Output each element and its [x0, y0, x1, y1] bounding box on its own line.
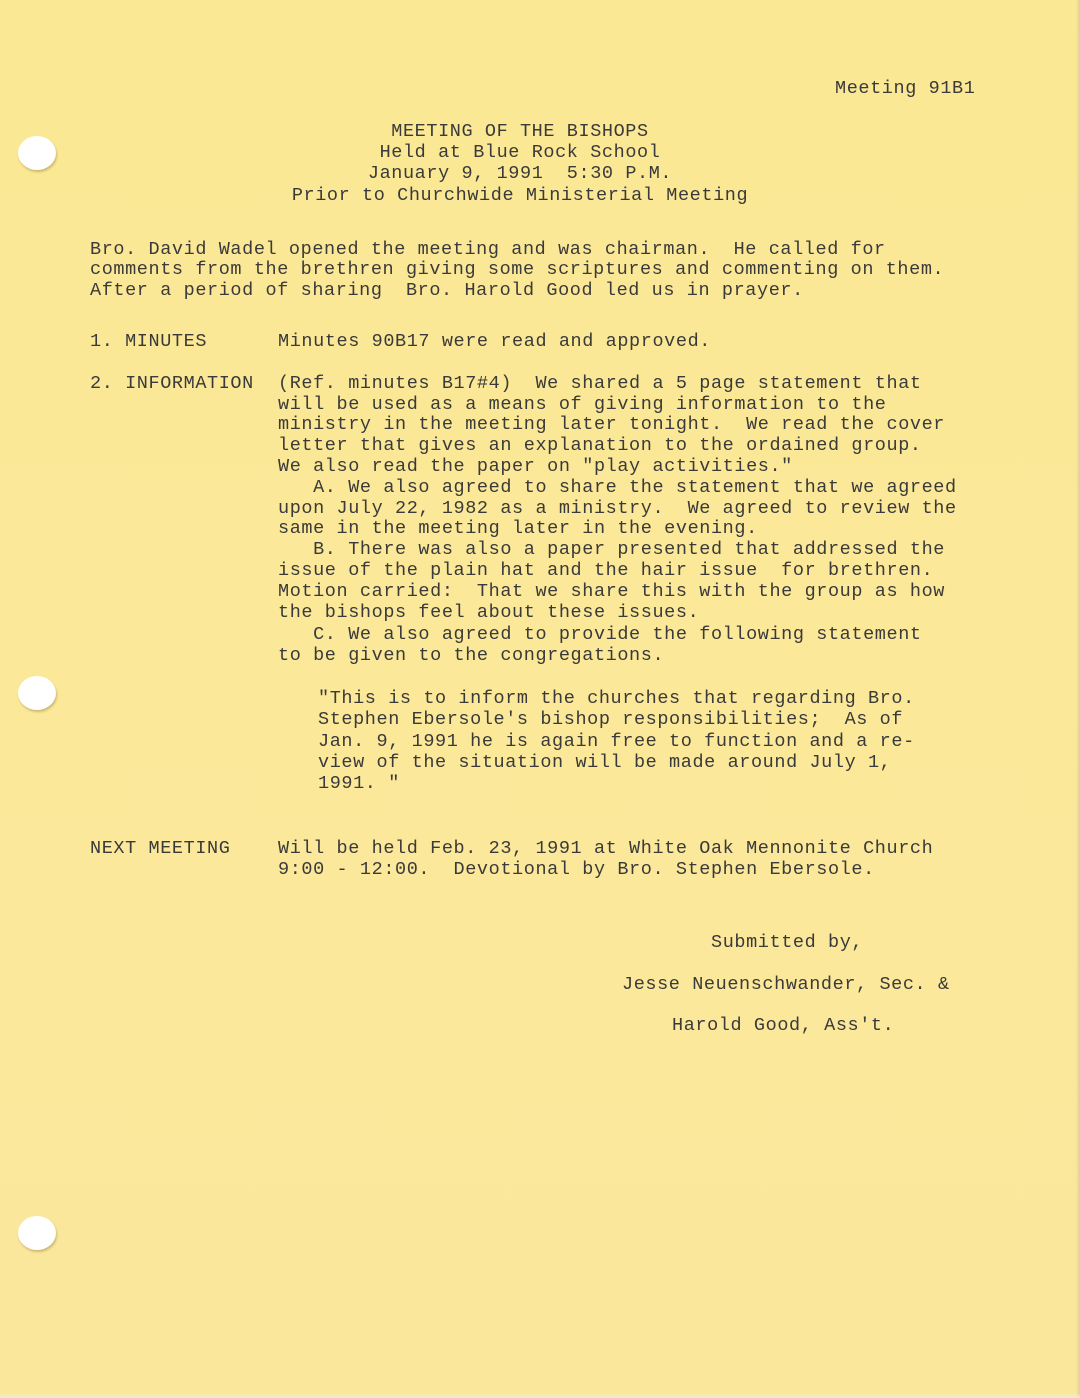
item-line: We also read the paper on "play activiti…	[278, 456, 793, 477]
punch-hole	[18, 676, 56, 710]
opening-line: After a period of sharing Bro. Harold Go…	[90, 280, 804, 301]
quote-line: Jan. 9, 1991 he is again free to functio…	[318, 731, 915, 752]
meeting-id: Meeting 91B1	[835, 78, 975, 99]
secretary-name: Jesse Neuenschwander, Sec. &	[622, 974, 950, 995]
opening-line: Bro. David Wadel opened the meeting and …	[90, 239, 886, 260]
meeting-location: Held at Blue Rock School	[0, 142, 1040, 163]
item-line: same in the meeting later in the evening…	[278, 518, 758, 539]
punch-hole	[18, 1216, 56, 1250]
next-meeting-line: Will be held Feb. 23, 1991 at White Oak …	[278, 838, 933, 859]
meeting-datetime: January 9, 1991 5:30 P.M.	[0, 163, 1040, 184]
item-line: ministry in the meeting later tonight. W…	[278, 414, 945, 435]
item-label: 2. INFORMATION	[90, 373, 254, 394]
submitted-by: Submitted by,	[711, 932, 863, 953]
paper-edge	[1076, 0, 1080, 1398]
quote-line: 1991. "	[318, 773, 400, 794]
quote-line: Stephen Ebersole's bishop responsibiliti…	[318, 709, 903, 730]
item-line: letter that gives an explanation to the …	[278, 435, 922, 456]
item-line: upon July 22, 1982 as a ministry. We agr…	[278, 498, 957, 519]
item-label: 1. MINUTES	[90, 331, 207, 352]
document-page: Meeting 91B1 MEETING OF THE BISHOPS Held…	[0, 0, 1080, 1398]
document-title: MEETING OF THE BISHOPS	[0, 121, 1040, 142]
paper-edge	[0, 1393, 1080, 1398]
next-meeting-label: NEXT MEETING	[90, 838, 230, 859]
item-line: Minutes 90B17 were read and approved.	[278, 331, 711, 352]
item-line: B. There was also a paper presented that…	[278, 539, 945, 560]
item-line: issue of the plain hat and the hair issu…	[278, 560, 933, 581]
meeting-occasion: Prior to Churchwide Ministerial Meeting	[0, 185, 1040, 206]
item-line: will be used as a means of giving inform…	[278, 394, 887, 415]
item-line: A. We also agreed to share the statement…	[278, 477, 957, 498]
item-line: Motion carried: That we share this with …	[278, 581, 945, 602]
quote-line: "This is to inform the churches that reg…	[318, 688, 915, 709]
item-line: C. We also agreed to provide the followi…	[278, 624, 922, 645]
assistant-name: Harold Good, Ass't.	[672, 1015, 894, 1036]
next-meeting-line: 9:00 - 12:00. Devotional by Bro. Stephen…	[278, 859, 875, 880]
opening-line: comments from the brethren giving some s…	[90, 259, 944, 280]
item-line: the bishops feel about these issues.	[278, 602, 699, 623]
item-line: to be given to the congregations.	[278, 645, 664, 666]
item-line: (Ref. minutes B17#4) We shared a 5 page …	[278, 373, 922, 394]
quote-line: view of the situation will be made aroun…	[318, 752, 891, 773]
